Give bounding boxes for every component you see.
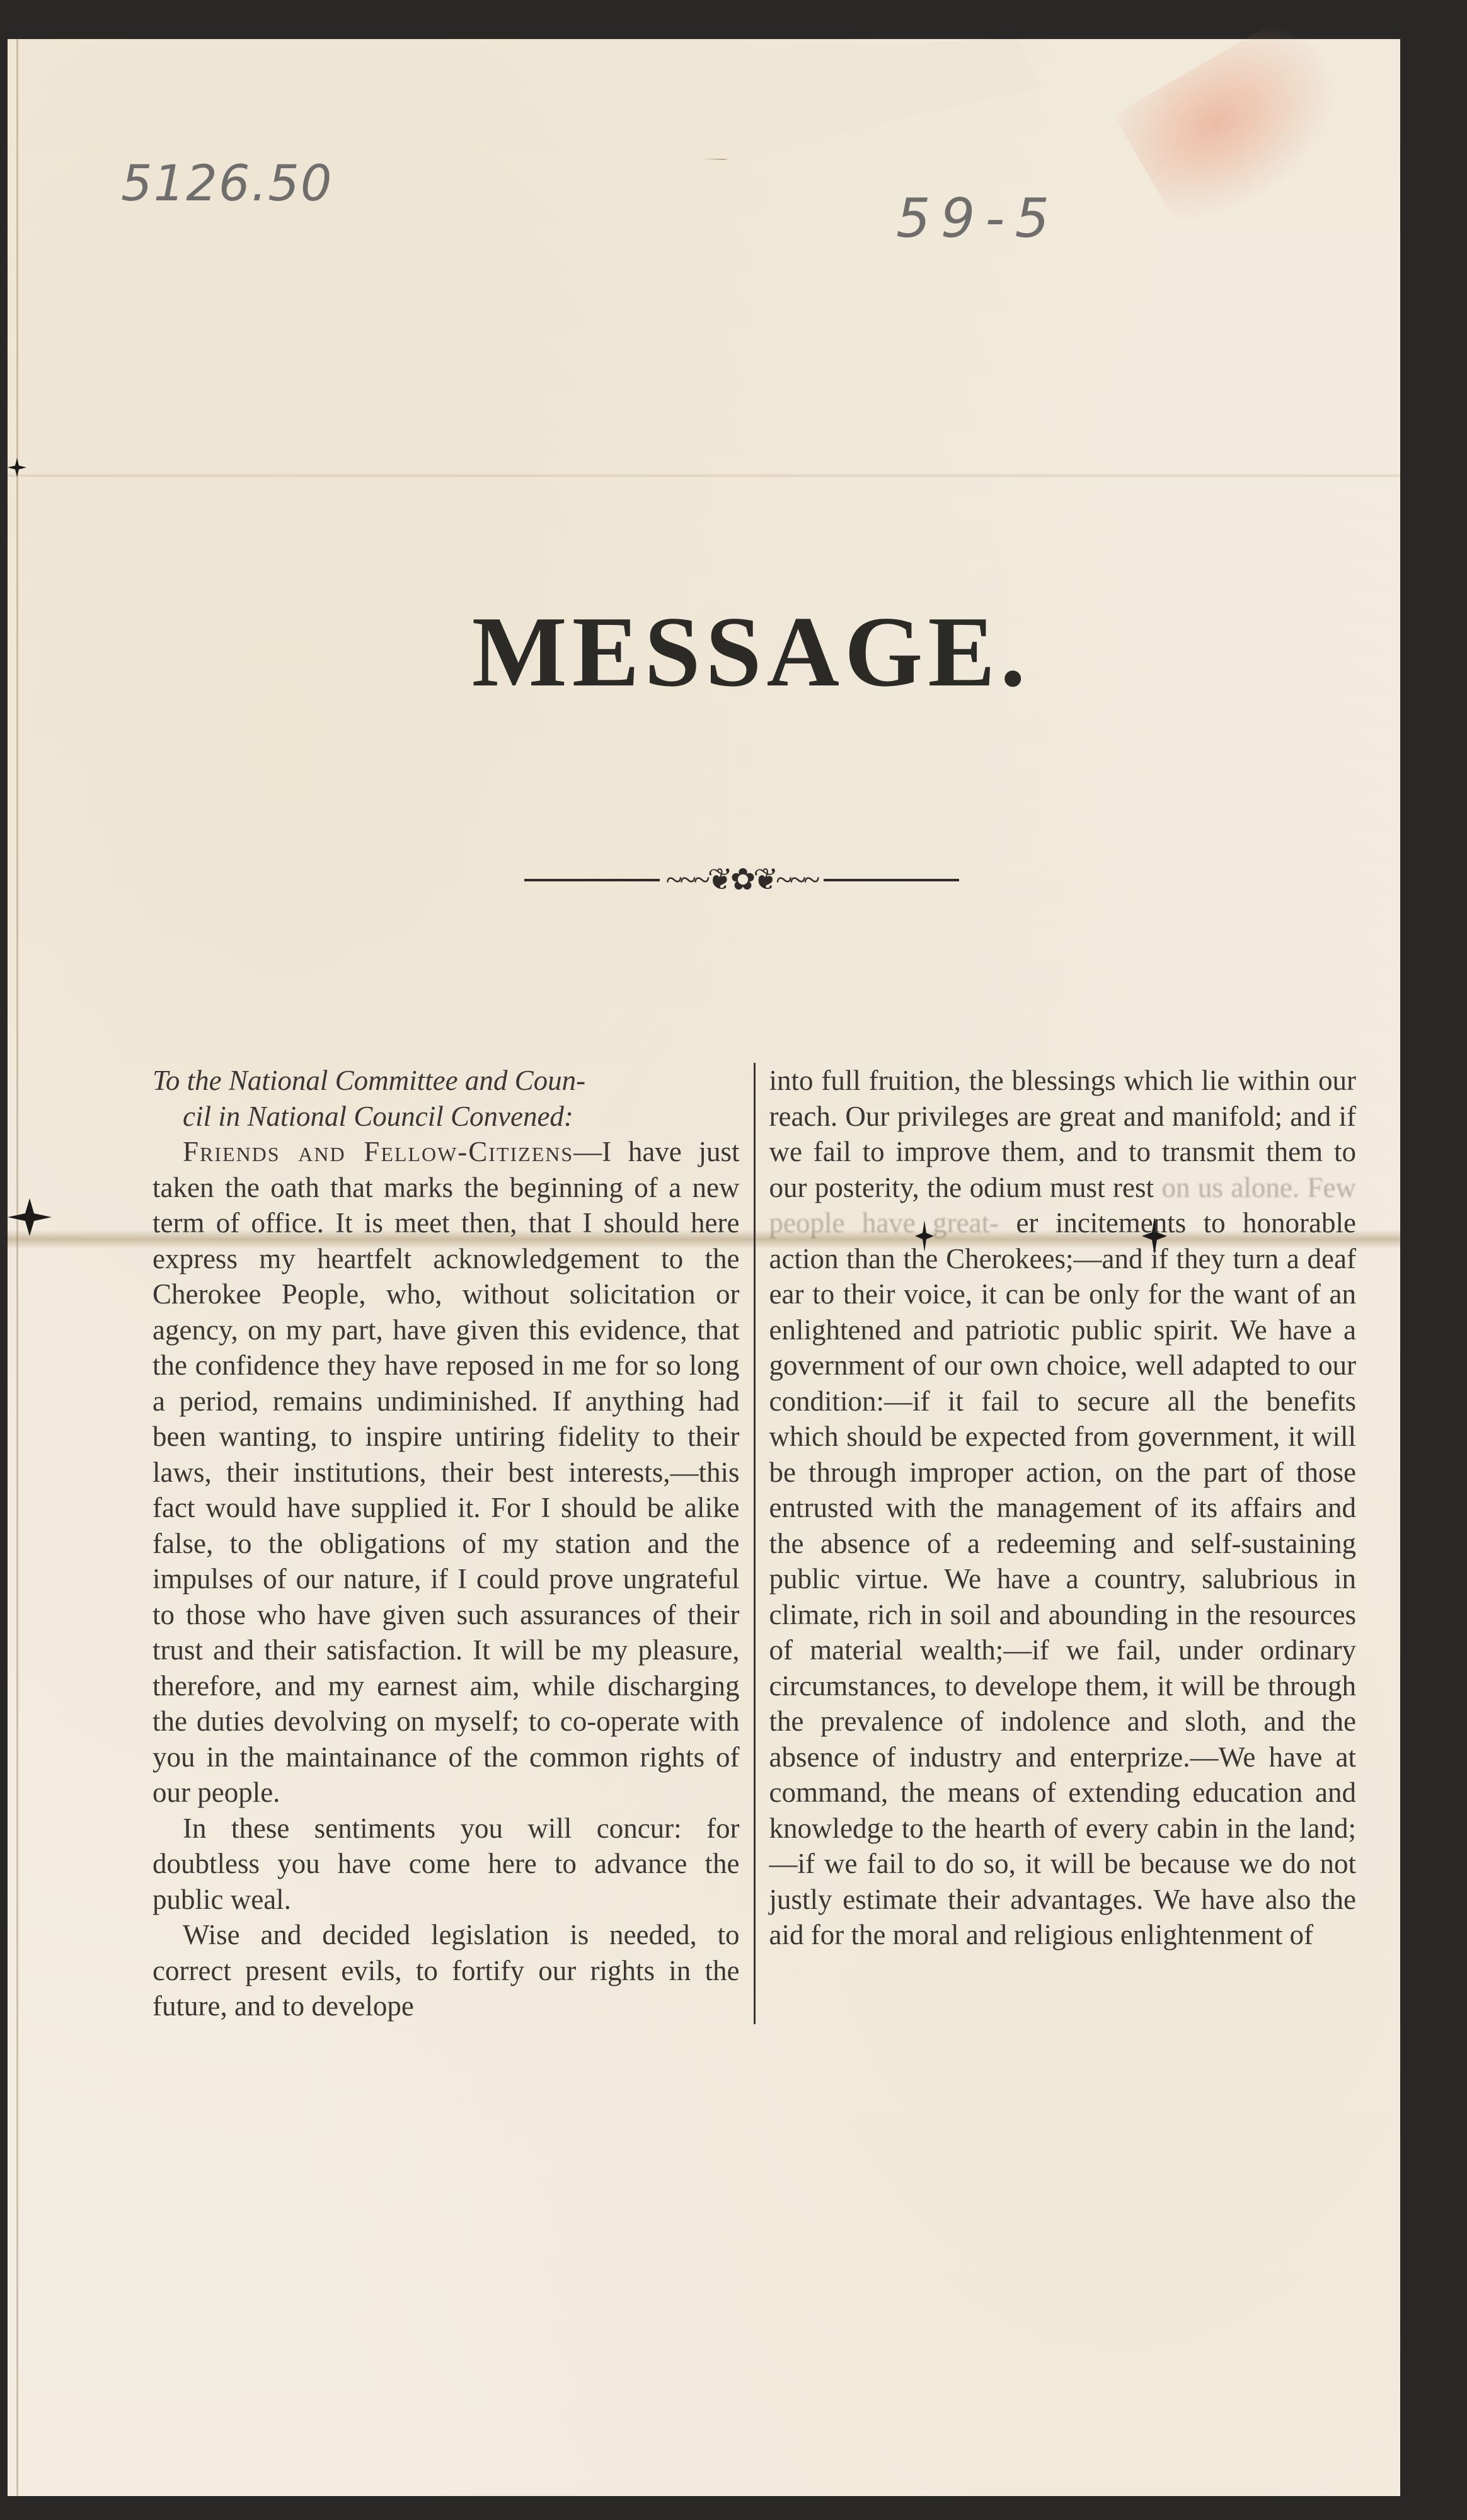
two-column-body: To the National Committee and Coun- cil … xyxy=(152,1063,1356,2024)
paragraph-2: In these sentiments you will concur: for… xyxy=(152,1811,740,1918)
greeting: Friends and Fellow-Citizens xyxy=(183,1136,573,1167)
vertical-fold-crease xyxy=(16,39,18,2496)
flourish-ornament-icon: ~~~❦✿❦~~~ xyxy=(660,865,824,895)
salutation-line-2: cil in National Council Convened: xyxy=(152,1099,740,1135)
document-page: 5126.50 59-5 MESSAGE. ~~~❦✿❦~~~ To the N… xyxy=(8,39,1400,2496)
right-column-text: into full fruition, the blessings which … xyxy=(769,1063,1357,1953)
decorative-divider: ~~~❦✿❦~~~ xyxy=(524,861,959,899)
paragraph-3: Wise and decided legislation is needed, … xyxy=(152,1917,740,2024)
right-column: into full fruition, the blessings which … xyxy=(754,1063,1357,2024)
pencil-annotation-catalog-number: 5126.50 xyxy=(121,156,333,212)
document-title: MESSAGE. xyxy=(461,593,1041,710)
pencil-annotation-reference: 59-5 xyxy=(896,187,1059,250)
salutation-line-1: To the National Committee and Coun- xyxy=(152,1065,585,1096)
red-stain xyxy=(1113,8,1371,240)
horizontal-fold-crease xyxy=(8,474,1400,478)
torn-paper-fragment xyxy=(587,39,1041,160)
salutation: To the National Committee and Coun- cil … xyxy=(152,1063,740,1134)
divider-rule-right xyxy=(824,879,959,881)
paragraph-1: Friends and Fellow-Citizens—I have just … xyxy=(152,1134,740,1811)
left-column: To the National Committee and Coun- cil … xyxy=(152,1063,754,2024)
divider-rule-left xyxy=(524,879,660,881)
text-after-fold: er incitements to honorable action than … xyxy=(769,1207,1357,1950)
paragraph-1-text: —I have just taken the oath that marks t… xyxy=(152,1136,740,1808)
